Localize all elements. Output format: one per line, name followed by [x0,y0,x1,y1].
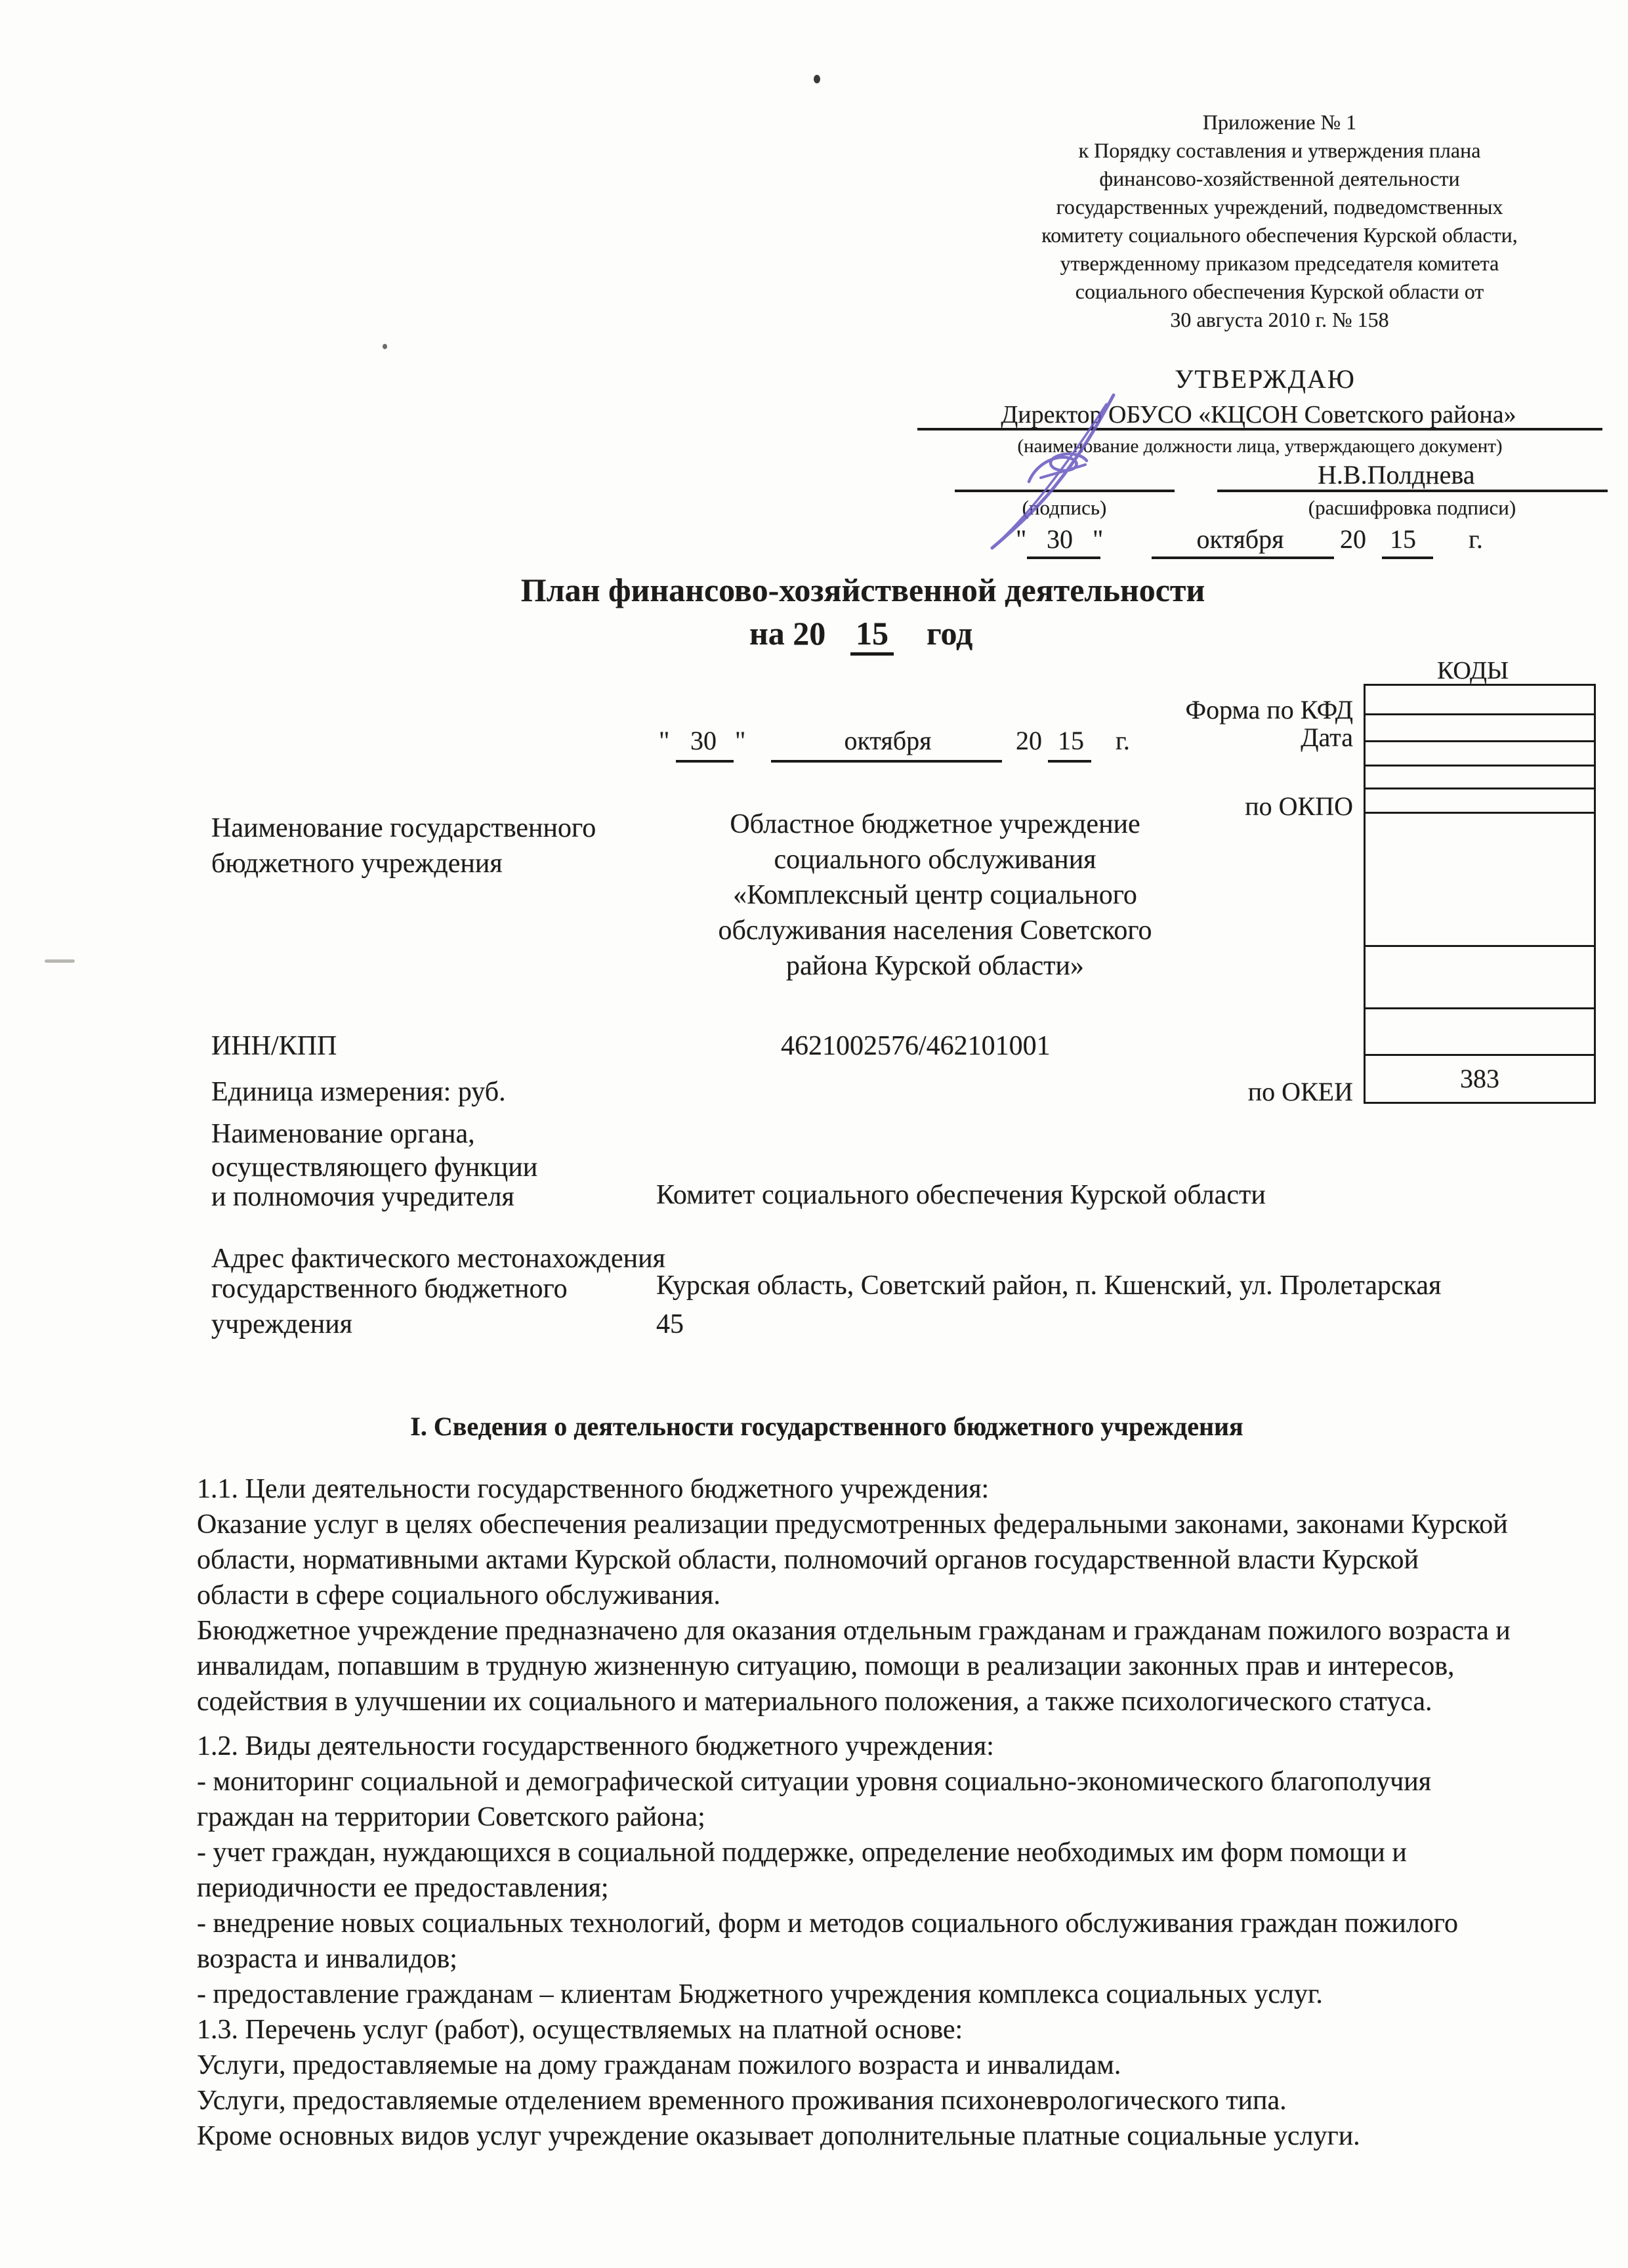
appendix-line: Приложение № 1 [938,108,1621,136]
body-line: области, нормативными актами Курской обл… [197,1542,1509,1578]
section-body: 1.1. Цели деятельности государственного … [197,1471,1509,2154]
appendix-line: финансово-хозяйственной деятельности [938,165,1621,193]
codes-form-label: Форма по КФД [1186,694,1354,725]
address-label: Адрес фактического местонахождения [211,1243,665,1274]
body-line: - мониторинг социальной и демографическо… [197,1764,1509,1799]
form-date-suffix: г. [1116,725,1130,756]
inn-kpp-value: 4621002576/462101001 [781,1030,1051,1062]
body-line: Услуги, предоставляемые отделением време… [197,2083,1509,2118]
form-date-month: октября [844,725,931,756]
scan-artifact-dot [383,344,387,349]
address-value: Курская область, Советский район, п. Кше… [656,1270,1441,1301]
underline [1152,556,1334,559]
approval-date-year: 15 [1390,524,1416,555]
body-line: - учет граждан, нуждающихся в социальной… [197,1835,1509,1870]
okei-value: 383 [1366,1056,1594,1102]
body-line: 1.2. Виды деятельности государственного … [197,1729,1509,1764]
institution-name-value: обслуживания населения Советского [718,915,1152,946]
codes-table: 383 [1364,684,1596,1104]
appendix-line: утвержденному приказом председателя коми… [938,249,1621,278]
address-label: учреждения [211,1309,352,1340]
name-caption: (расшифровка подписи) [1308,496,1516,520]
codes-okei-label: по ОКЕИ [1248,1076,1353,1107]
scan-artifact-dot [814,75,820,83]
body-line: граждан на территории Советского района; [197,1799,1509,1835]
institution-name-value: района Курской области» [786,950,1084,982]
underline [771,760,1002,763]
institution-name-value: социального обслуживания [774,844,1096,875]
unit-label: Единица измерения: руб. [211,1076,506,1108]
founder-label: и полномочия учредителя [211,1181,514,1213]
document-title-year-suffix: год [927,614,972,652]
codes-cell-date [1366,715,1594,742]
institution-name-label: бюджетного учреждения [211,848,503,879]
scan-artifact-mark [45,959,75,963]
codes-cell-empty [1366,1009,1594,1056]
address-label: государственного бюджетного [211,1273,568,1305]
institution-name-value: «Комплексный центр социального [733,879,1137,911]
underline [676,760,734,763]
body-line: 1.1. Цели деятельности государственного … [197,1471,1509,1507]
body-line: 1.3. Перечень услуг (работ), осуществляе… [197,2012,1509,2047]
body-line: инвалидам, попавшим в трудную жизненную … [197,1648,1509,1684]
codes-cell-okpo [1366,766,1594,789]
codes-date-label: Дата [1301,722,1353,753]
founder-label: Наименование органа, [211,1118,475,1150]
body-line: Кроме основных видов услуг учреждение ок… [197,2118,1509,2154]
document-title-year-prefix: на 20 [749,614,825,652]
document-title-year: 15 [850,614,894,656]
handwritten-signature [978,386,1122,556]
document-title: План финансово-хозяйственной деятельност… [521,571,1205,609]
appendix-line: 30 августа 2010 г. № 158 [938,306,1621,334]
codes-cell-empty [1366,742,1594,766]
codes-cell-empty [1366,789,1594,814]
approval-date-suffix: г. [1469,524,1483,555]
underline [1048,760,1091,763]
approval-date-century: 20 [1340,524,1366,555]
form-date-century: 20 [1016,725,1042,756]
form-date-quote-close: " [735,725,745,756]
institution-name-label: Наименование государственного [211,812,596,844]
form-date-day: 30 [690,725,717,756]
appendix-line: к Порядку составления и утверждения план… [938,136,1621,165]
body-line: Бююджетное учреждение предназначено для … [197,1613,1509,1648]
body-line: содействия в улучшении их социального и … [197,1684,1509,1719]
founder-label: осуществляющего функции [211,1152,537,1183]
body-line: Оказание услуг в целях обеспечения реали… [197,1507,1509,1542]
codes-cell-okei: 383 [1366,1056,1594,1102]
address-value: 45 [656,1309,684,1340]
scanned-document-page: Приложение № 1 к Порядку составления и у… [0,0,1628,2268]
founder-value: Комитет социального обеспечения Курской … [656,1179,1266,1211]
section-heading: I. Сведения о деятельности государственн… [410,1411,1243,1442]
body-line: - предоставление гражданам – клиентам Бю… [197,1977,1509,2012]
approval-date-month: октября [1196,524,1284,555]
appendix-line: социального обеспечения Курской области … [938,278,1621,306]
body-line: - внедрение новых социальных технологий,… [197,1906,1509,1941]
codes-okpo-label: по ОКПО [1245,791,1353,822]
inn-kpp-label: ИНН/КПП [211,1030,337,1062]
codes-cell-empty [1366,947,1594,1009]
codes-cell-form [1366,686,1594,715]
form-date-quote-open: " [659,725,669,756]
underline [1382,556,1433,559]
codes-cell-empty [1366,814,1594,947]
body-line: Услуги, предоставляемые на дому граждана… [197,2047,1509,2083]
approval-signer-name: Н.В.Полднева [1318,459,1475,490]
body-line: возраста и инвалидов; [197,1941,1509,1977]
form-date-year: 15 [1058,725,1084,756]
body-line: области в сфере социального обслуживания… [197,1578,1509,1613]
appendix-line: государственных учреждений, подведомстве… [938,193,1621,221]
underline [1027,556,1100,559]
codes-header: КОДЫ [1437,656,1509,685]
name-underline [1217,490,1608,492]
appendix-line: комитету социального обеспечения Курской… [938,221,1621,249]
appendix-block: Приложение № 1 к Порядку составления и у… [938,108,1621,334]
institution-name-value: Областное бюджетное учреждение [730,808,1140,840]
body-line: периодичности ее предоставления; [197,1870,1509,1906]
approval-heading: УТВЕРЖДАЮ [1175,364,1356,394]
